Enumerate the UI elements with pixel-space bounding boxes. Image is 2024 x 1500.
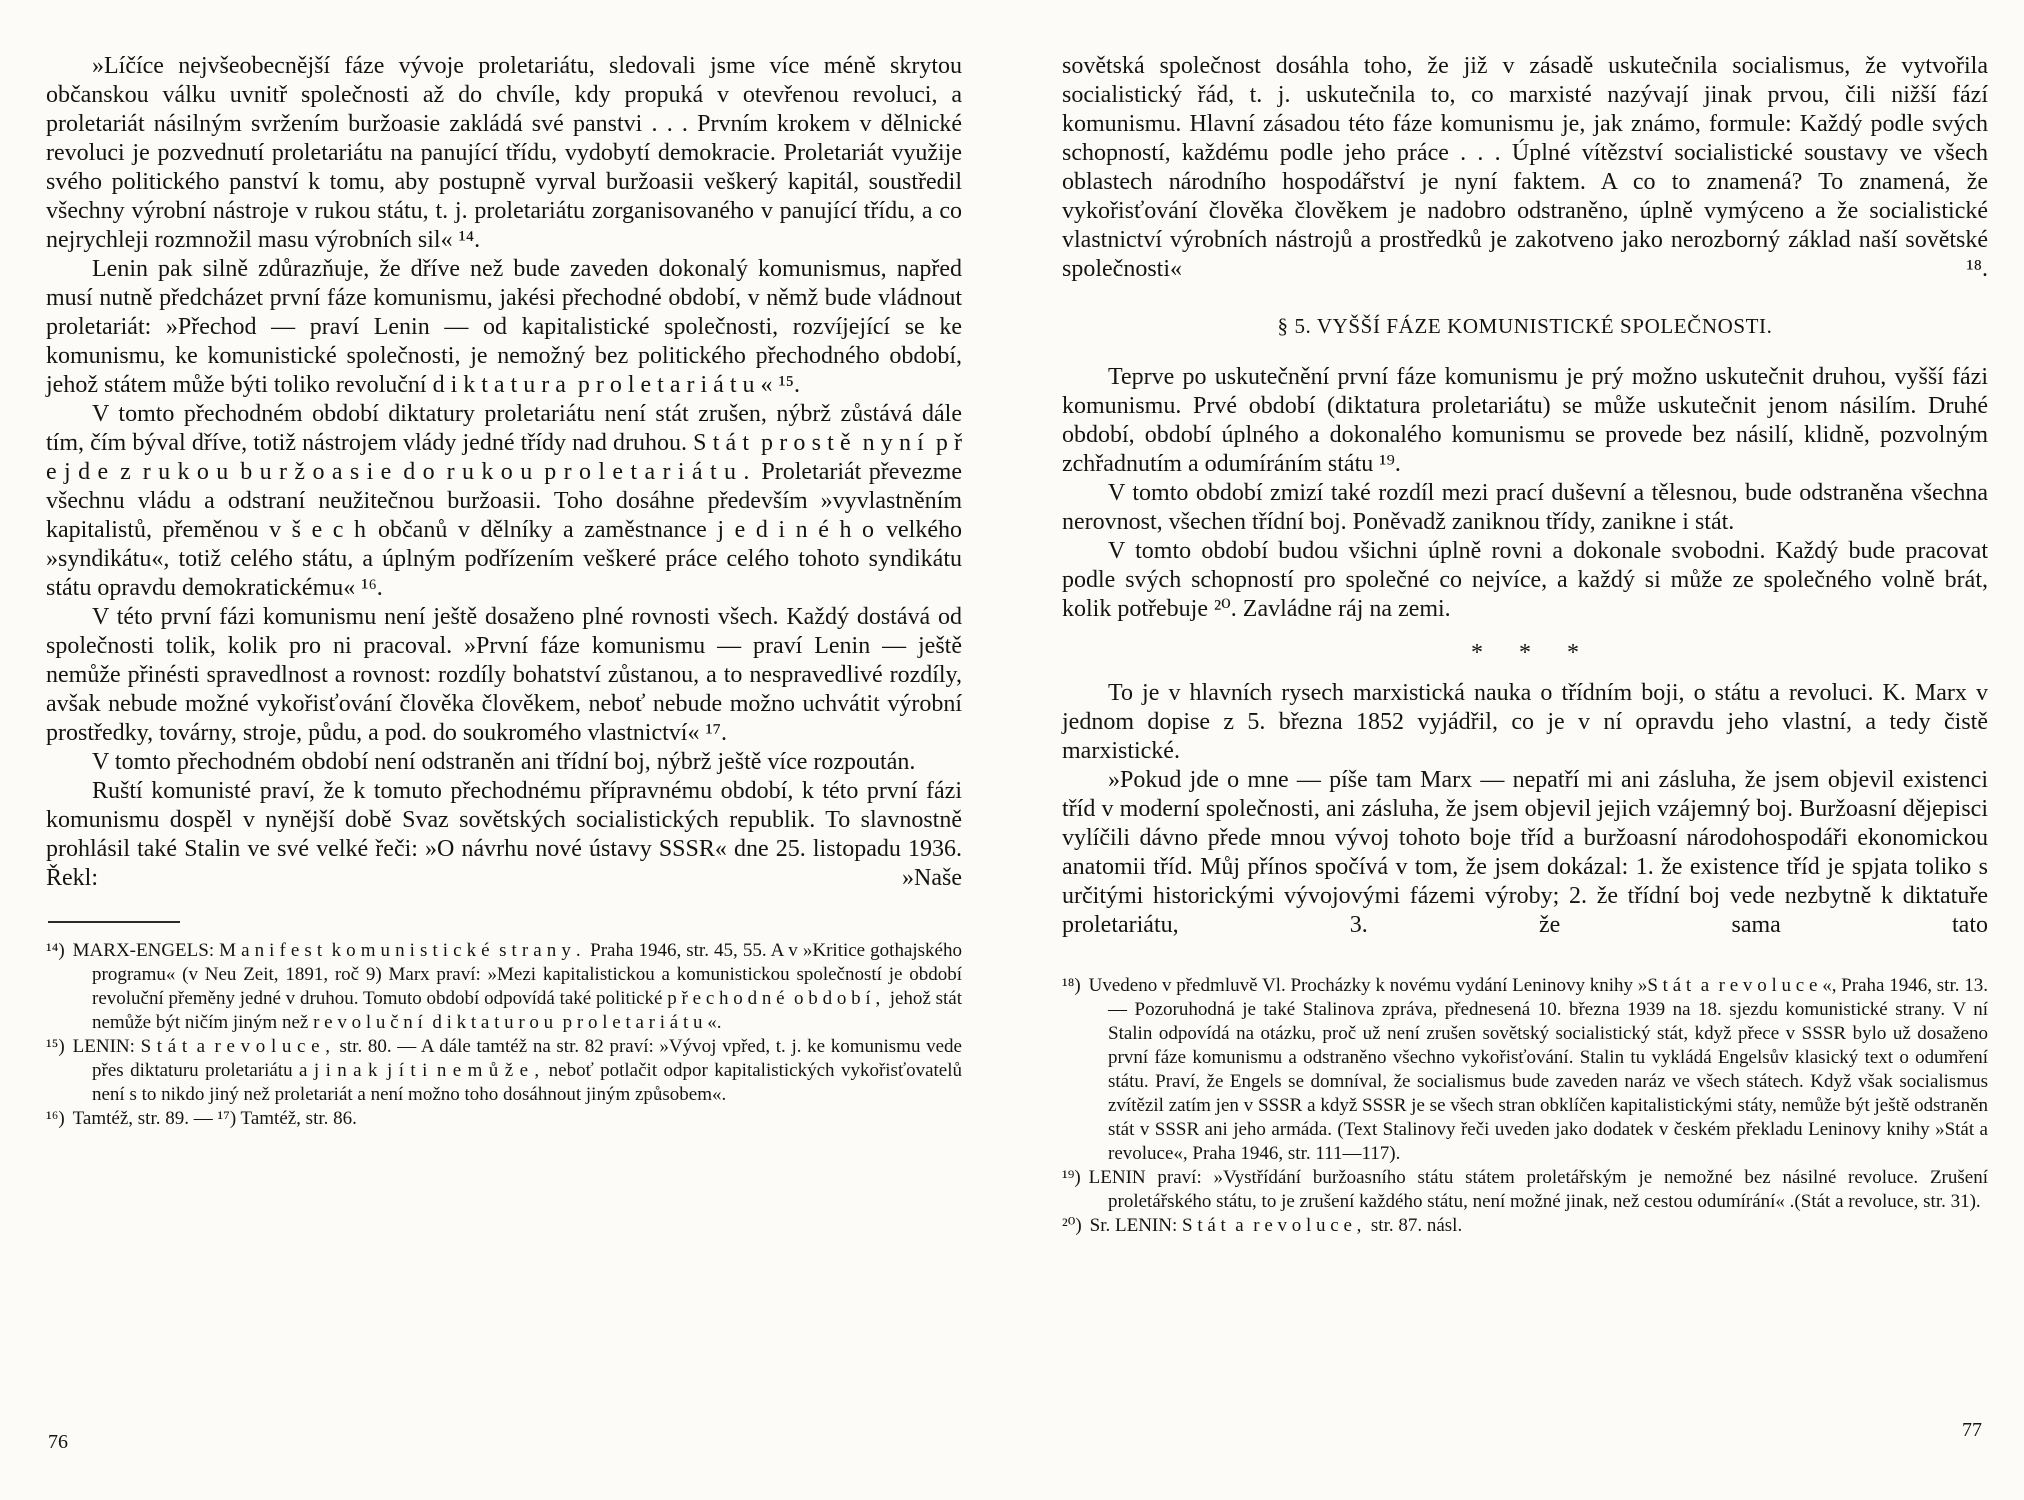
- footnote-text: Sr. LENIN: S t á t a r e v o l u c e , s…: [1090, 1215, 1463, 1236]
- paragraph-dictatorship-period: V tomto přechodném období diktatury prol…: [46, 400, 962, 603]
- paragraph-differences-disappear: V tomto období zmizí také rozdíl mezi pr…: [1062, 479, 1988, 537]
- paragraph-first-phase-equality: V této první fázi komunismu není ještě d…: [46, 603, 962, 748]
- footnote-19: ¹⁹)LENIN praví: »Vystřídání buržoasního …: [1062, 1166, 1988, 1214]
- footnote-marker: ¹⁵): [46, 1036, 73, 1057]
- footnote-text: LENIN: S t á t a r e v o l u c e , str. …: [73, 1036, 962, 1105]
- section-heading: § 5. VYŠŠÍ FÁZE KOMUNISTICKÉ SPOLEČNOSTI…: [1062, 314, 1988, 339]
- footnote-text: MARX-ENGELS: M a n i f e s t k o m u n i…: [73, 940, 962, 1033]
- page-number-right: 77: [1962, 1419, 1982, 1442]
- paragraph-marx-letter-quote: »Pokud jde o mne — píše tam Marx — nepat…: [1062, 766, 1988, 940]
- paragraph-russian-communists: Ruští komunisté praví, že k tomuto přech…: [46, 777, 962, 893]
- footnote-text: LENIN praví: »Vystřídání buržoasního stá…: [1089, 1167, 1988, 1212]
- footnote-marker: ¹⁸): [1062, 975, 1089, 996]
- paragraph-quote-manifest: »Líčíce nejvšeobecnější fáze vývoje prol…: [46, 52, 962, 255]
- footnotes-left: ¹⁴)MARX-ENGELS: M a n i f e s t k o m u …: [46, 939, 962, 1131]
- footnote-marker: ¹⁶): [46, 1108, 73, 1129]
- book-spread: »Líčíce nejvšeobecnější fáze vývoje prol…: [0, 0, 2024, 1500]
- page-right: sovětská společnost dosáhla toho, že již…: [1012, 0, 2024, 1500]
- footnote-text: Uvedeno v předmluvě Vl. Procházky k nové…: [1089, 975, 1988, 1164]
- footnote-18: ¹⁸)Uvedeno v předmluvě Vl. Procházky k n…: [1062, 974, 1988, 1166]
- paragraph-paradise-on-earth: V tomto období budou všichni úplně rovni…: [1062, 537, 1988, 624]
- page-left: »Líčíce nejvšeobecnější fáze vývoje prol…: [0, 0, 1012, 1500]
- paragraph-stalin-quote-continuation: sovětská společnost dosáhla toho, že již…: [1062, 52, 1988, 284]
- footnote-text: Tamtéž, str. 89. — ¹⁷) Tamtéž, str. 86.: [73, 1108, 357, 1129]
- footnote-marker: ¹⁹): [1062, 1167, 1089, 1188]
- footnote-15: ¹⁵)LENIN: S t á t a r e v o l u c e , st…: [46, 1035, 962, 1107]
- footnote-separator-rule: [48, 921, 180, 923]
- paragraph-marxist-doctrine-summary: To je v hlavních rysech marxistická nauk…: [1062, 679, 1988, 766]
- footnote-16-17: ¹⁶)Tamtéž, str. 89. — ¹⁷) Tamtéž, str. 8…: [46, 1107, 962, 1131]
- paragraph-higher-phase: Teprve po uskutečnění první fáze komunis…: [1062, 363, 1988, 479]
- paragraph-class-struggle: V tomto přechodném období není odstraněn…: [46, 748, 962, 777]
- footnotes-right: ¹⁸)Uvedeno v předmluvě Vl. Procházky k n…: [1062, 974, 1988, 1238]
- page-number-left: 76: [48, 1431, 68, 1454]
- footnote-marker: ²⁰): [1062, 1215, 1090, 1236]
- footnote-14: ¹⁴)MARX-ENGELS: M a n i f e s t k o m u …: [46, 939, 962, 1035]
- asterisk-divider: * * *: [1062, 640, 1988, 667]
- footnote-marker: ¹⁴): [46, 940, 73, 961]
- footnote-20: ²⁰)Sr. LENIN: S t á t a r e v o l u c e …: [1062, 1214, 1988, 1238]
- paragraph-lenin-transition: Lenin pak silně zdůrazňuje, že dříve než…: [46, 255, 962, 400]
